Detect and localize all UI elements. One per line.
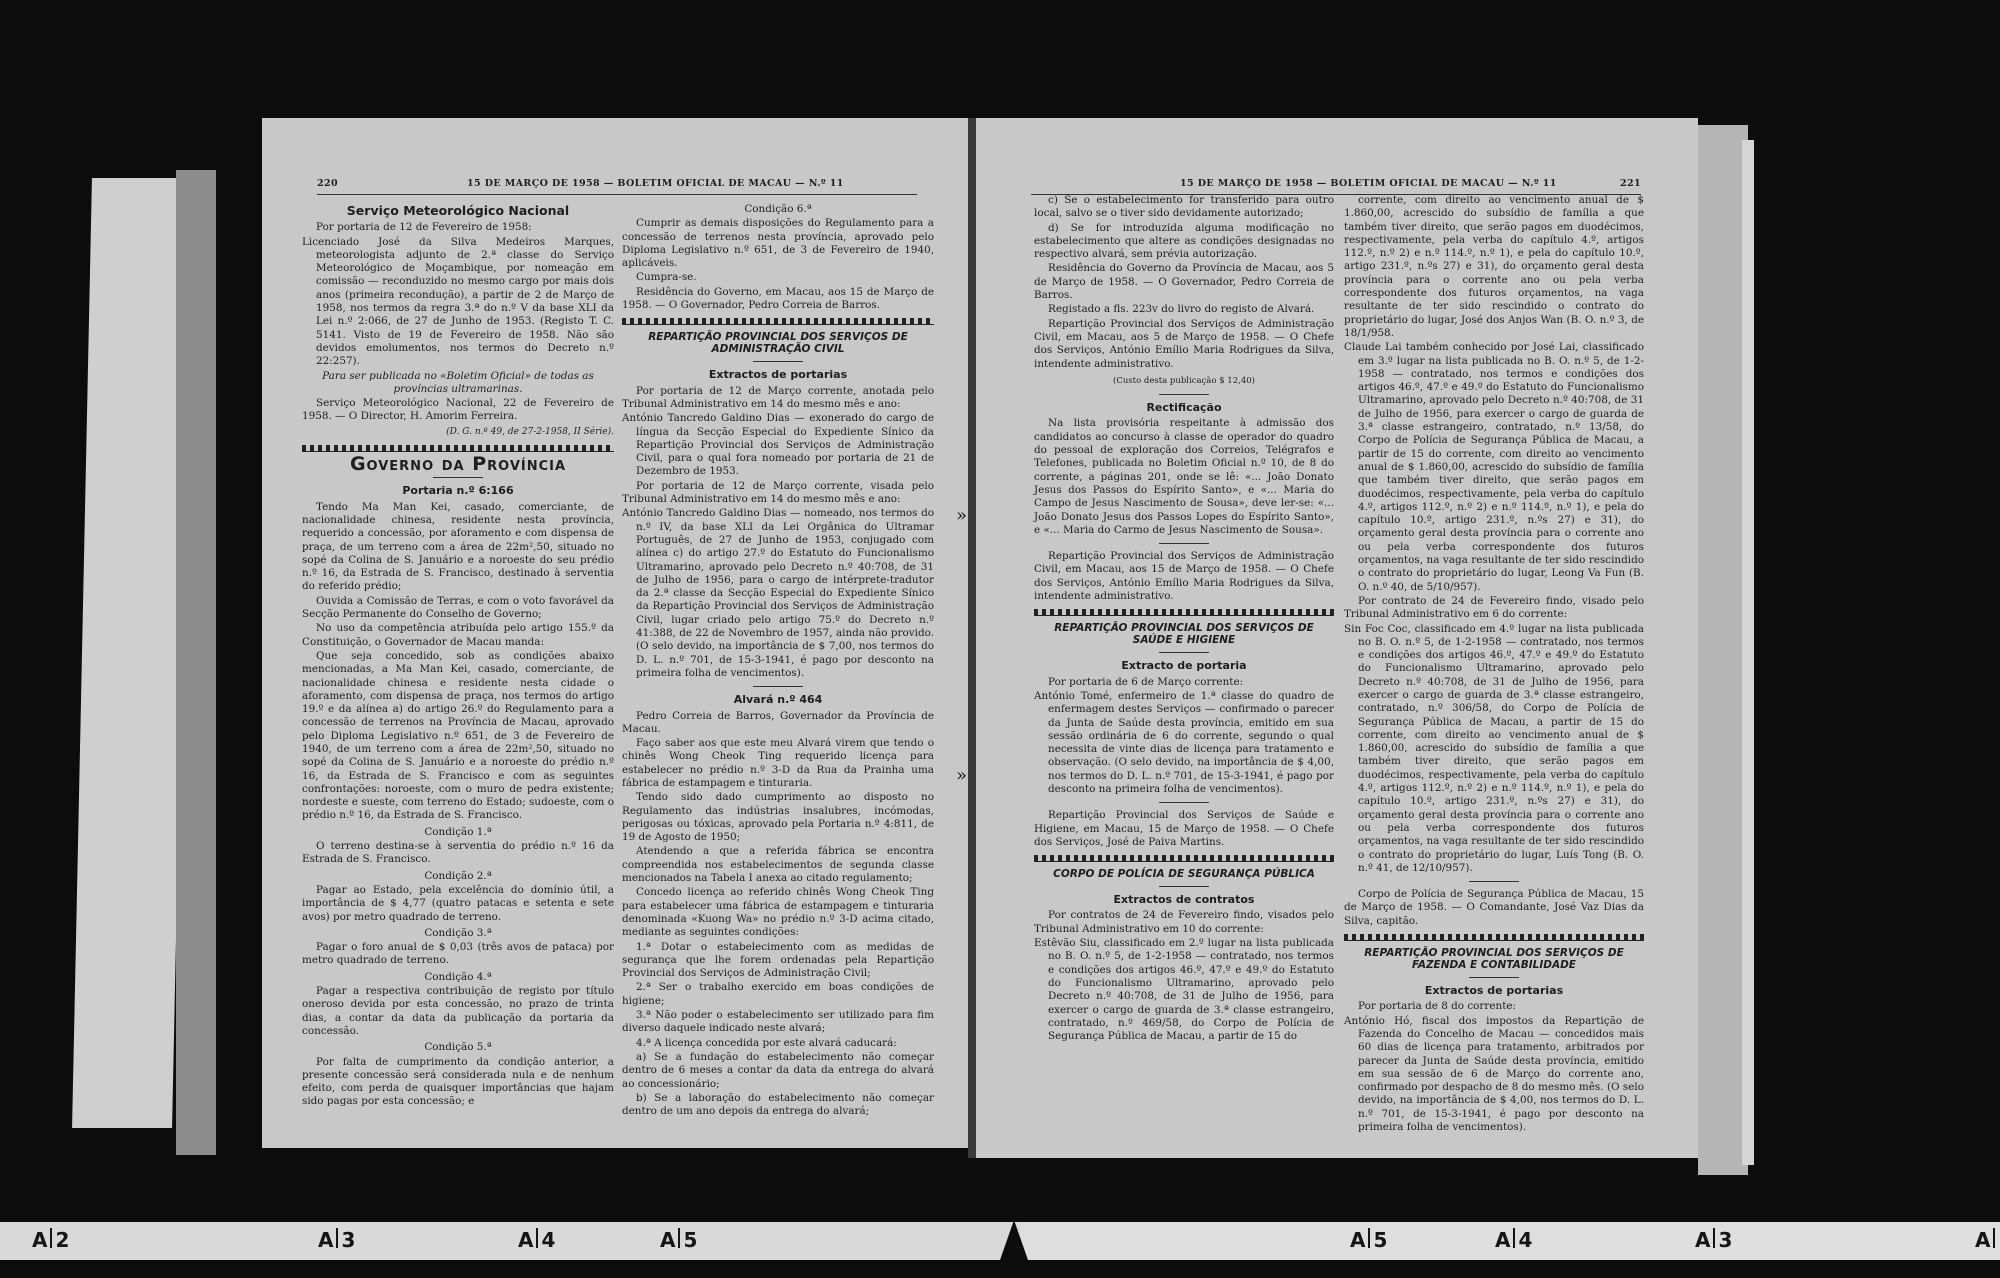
short-rule bbox=[1469, 881, 1519, 882]
paragraph: Para ser publicada no «Boletim Oficial» … bbox=[302, 370, 614, 397]
paragraph: No uso da competência atribuída pelo art… bbox=[302, 622, 614, 649]
paragraph: Atendendo a que a referida fábrica se en… bbox=[622, 845, 934, 885]
header-rule bbox=[317, 194, 917, 195]
short-rule bbox=[753, 361, 803, 362]
frame-marker: A4 bbox=[518, 1228, 555, 1252]
subsection-title: Extractos de contratos bbox=[1034, 893, 1334, 906]
paragraph: Por portaria de 8 do corrente: bbox=[1344, 1000, 1644, 1013]
subsection-title: Extractos de portarias bbox=[622, 368, 934, 381]
frame-marker: A bbox=[1975, 1228, 1998, 1252]
paragraph: a) Se a fundação do estabelecimento não … bbox=[622, 1051, 934, 1091]
paragraph: Estêvão Siu, classificado em 2.º lugar n… bbox=[1034, 937, 1334, 1043]
adjacent-page-edge bbox=[72, 178, 192, 1128]
paragraph: Ouvida a Comissão de Terras, e com o vot… bbox=[302, 595, 614, 622]
page-stack-shadow bbox=[176, 170, 216, 1155]
frame-marker: A2 bbox=[32, 1228, 69, 1252]
paragraph: Que seja concedido, sob as condições aba… bbox=[302, 650, 614, 823]
paragraph: Sin Foc Coc, classificado em 4.º lugar n… bbox=[1344, 623, 1644, 876]
subsection-title: Rectificação bbox=[1034, 401, 1334, 414]
paragraph: Por portaria de 12 de Março corrente, an… bbox=[622, 385, 934, 412]
registration-mark-icon: » bbox=[956, 765, 967, 786]
paragraph: 3.ª Não poder o estabelecimento ser util… bbox=[622, 1009, 934, 1036]
wavy-divider bbox=[1034, 609, 1334, 616]
left-column-2: Condição 6.ª Cumprir as demais disposiçõ… bbox=[622, 200, 934, 1119]
paragraph: António Tancredo Galdino Dias — exonerad… bbox=[622, 412, 934, 478]
left-page: 220 15 DE MARÇO DE 1958 — BOLETIM OFICIA… bbox=[262, 118, 970, 1148]
frame-marker: A4 bbox=[1495, 1228, 1532, 1252]
paragraph: 1.ª Dotar o estabelecimento com as medid… bbox=[622, 941, 934, 981]
signature: Corpo de Polícia de Segurança Pública de… bbox=[1344, 888, 1644, 928]
paragraph: b) Se a laboração do estabelecimento não… bbox=[622, 1092, 934, 1119]
page-number: 220 bbox=[317, 178, 338, 189]
short-rule bbox=[1159, 652, 1209, 653]
frame-marker: A3 bbox=[1695, 1228, 1732, 1252]
paragraph: 2.ª Ser o trabalho exercido em boas cond… bbox=[622, 981, 934, 1008]
condition-heading: Condição 3.ª bbox=[302, 927, 614, 940]
paragraph: Claude Lai também conhecido por José Lai… bbox=[1344, 341, 1644, 594]
short-rule bbox=[1159, 543, 1209, 544]
subsection-title: Extracto de portaria bbox=[1034, 659, 1334, 672]
portaria-title: Portaria n.º 6:166 bbox=[302, 484, 614, 497]
condition-heading: Condição 6.ª bbox=[622, 203, 934, 216]
paragraph: António Tancredo Galdino Dias — nomeado,… bbox=[622, 507, 934, 680]
big-title: Governo da Província bbox=[302, 458, 614, 471]
running-header: 15 DE MARÇO DE 1958 — BOLETIM OFICIAL DE… bbox=[1180, 178, 1557, 189]
page-stack-edge-light bbox=[1742, 140, 1754, 1165]
wavy-divider bbox=[1344, 934, 1644, 941]
condition-heading: Condição 4.ª bbox=[302, 971, 614, 984]
condition-heading: Condição 2.ª bbox=[302, 870, 614, 883]
registration-mark-icon: » bbox=[956, 505, 967, 526]
frame-marker: A3 bbox=[318, 1228, 355, 1252]
paragraph: Pagar ao Estado, pela excelência do domí… bbox=[302, 884, 614, 924]
paragraph: Licenciado José da Silva Medeiros Marque… bbox=[302, 236, 614, 369]
short-rule bbox=[433, 477, 483, 478]
paragraph: Por portaria de 12 de Fevereiro de 1958: bbox=[302, 221, 614, 234]
department-title: CORPO DE POLÍCIA DE SEGURANÇA PÚBLICA bbox=[1034, 868, 1334, 880]
short-rule bbox=[1159, 802, 1209, 803]
film-notch bbox=[1000, 1220, 1028, 1260]
reference: (D. G. n.º 49, de 27-2-1958, II Série). bbox=[302, 426, 614, 439]
paragraph: Pagar a respectiva contribuição de regis… bbox=[302, 985, 614, 1038]
signature: Serviço Meteorológico Nacional, 22 de Fe… bbox=[302, 397, 614, 424]
subsection-title: Extractos de portarias bbox=[1344, 984, 1644, 997]
frame-marker: A5 bbox=[1350, 1228, 1387, 1252]
paragraph: Por contratos de 24 de Fevereiro findo, … bbox=[1034, 909, 1334, 936]
paragraph: Tendo Ma Man Kei, casado, comerciante, d… bbox=[302, 501, 614, 594]
department-title: REPARTIÇÃO PROVINCIAL DOS SERVIÇOS DE AD… bbox=[622, 331, 934, 355]
department-title: REPARTIÇÃO PROVINCIAL DOS SERVIÇOS DE FA… bbox=[1344, 947, 1644, 971]
paragraph: 4.ª A licença concedida por este alvará … bbox=[622, 1037, 934, 1050]
right-column-1: c) Se o estabelecimento for transferido … bbox=[1034, 194, 1334, 1044]
paragraph: d) Se for introduzida alguma modificação… bbox=[1034, 222, 1334, 262]
paragraph: corrente, com direito ao vencimento anua… bbox=[1344, 194, 1644, 340]
page-stack-edge bbox=[1698, 125, 1748, 1175]
paragraph: António Hó, fiscal dos impostos da Repar… bbox=[1344, 1015, 1644, 1135]
paragraph: Por falta de cumprimento da condição ant… bbox=[302, 1056, 614, 1109]
paragraph: Por portaria de 6 de Março corrente: bbox=[1034, 676, 1334, 689]
running-header: 15 DE MARÇO DE 1958 — BOLETIM OFICIAL DE… bbox=[467, 178, 844, 189]
signature: Repartição Provincial dos Serviços de Ad… bbox=[1034, 550, 1334, 603]
signature: Repartição Provincial dos Serviços de Ad… bbox=[1034, 318, 1334, 371]
paragraph: Por contrato de 24 de Fevereiro findo, v… bbox=[1344, 595, 1644, 622]
short-rule bbox=[753, 686, 803, 687]
paragraph: Residência do Governo da Província de Ma… bbox=[1034, 262, 1334, 302]
section-title: Serviço Meteorológico Nacional bbox=[302, 204, 614, 217]
wavy-divider bbox=[1034, 855, 1334, 862]
paragraph: O terreno destina-se à serventia do préd… bbox=[302, 840, 614, 867]
left-column-1: Serviço Meteorológico Nacional Por porta… bbox=[302, 202, 614, 1110]
paragraph: Por portaria de 12 de Março corrente, vi… bbox=[622, 480, 934, 507]
paragraph: c) Se o estabelecimento for transferido … bbox=[1034, 194, 1334, 221]
frame-marker: A5 bbox=[660, 1228, 697, 1252]
paragraph: Tendo sido dado cumprimento ao disposto … bbox=[622, 791, 934, 844]
department-title: REPARTIÇÃO PROVINCIAL DOS SERVIÇOS DE SA… bbox=[1034, 622, 1334, 646]
publication-cost: (Custo desta publicação $ 12,40) bbox=[1034, 375, 1334, 388]
paragraph: Na lista provisória respeitante à admiss… bbox=[1034, 417, 1334, 537]
paragraph: Cumpra-se. bbox=[622, 271, 934, 284]
page-number: 221 bbox=[1620, 178, 1641, 189]
short-rule bbox=[1469, 977, 1519, 978]
paragraph: Pagar o foro anual de $ 0,03 (três avos … bbox=[302, 941, 614, 968]
paragraph: Cumprir as demais disposições do Regulam… bbox=[622, 217, 934, 270]
right-column-2: corrente, com direito ao vencimento anua… bbox=[1344, 194, 1644, 1135]
paragraph: Pedro Correia de Barros, Governador da P… bbox=[622, 710, 934, 737]
short-rule bbox=[1159, 394, 1209, 395]
condition-heading: Condição 5.ª bbox=[302, 1041, 614, 1054]
wavy-divider bbox=[302, 445, 614, 452]
paragraph: Registado a fls. 223v do livro do regist… bbox=[1034, 303, 1334, 316]
wavy-divider bbox=[622, 318, 934, 325]
signature: Repartição Provincial dos Serviços de Sa… bbox=[1034, 809, 1334, 849]
condition-heading: Condição 1.ª bbox=[302, 826, 614, 839]
right-page: 15 DE MARÇO DE 1958 — BOLETIM OFICIAL DE… bbox=[976, 118, 1698, 1158]
alvara-title: Alvará n.º 464 bbox=[622, 693, 934, 706]
paragraph: António Tomé, enfermeiro de 1.ª classe d… bbox=[1034, 690, 1334, 796]
paragraph: Concedo licença ao referido chinês Wong … bbox=[622, 886, 934, 939]
paragraph: Faço saber aos que este meu Alvará virem… bbox=[622, 737, 934, 790]
short-rule bbox=[1159, 886, 1209, 887]
signature: Residência do Governo, em Macau, aos 15 … bbox=[622, 286, 934, 313]
